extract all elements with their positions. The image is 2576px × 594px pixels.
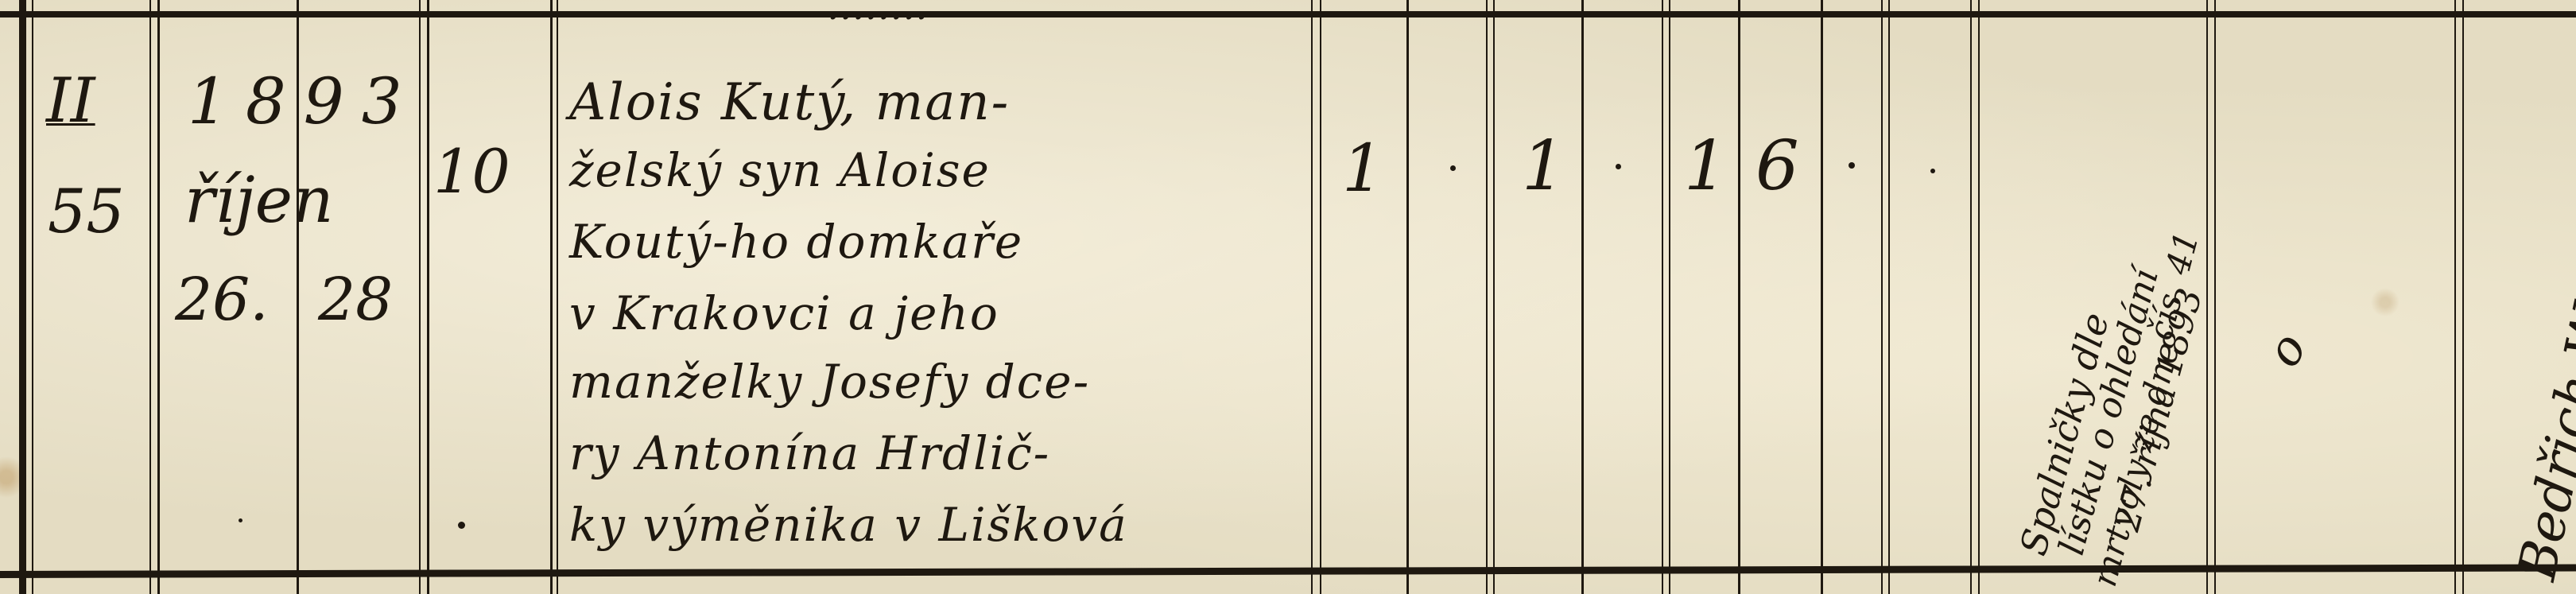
month: říjen: [184, 169, 334, 232]
grid-line: [1662, 0, 1663, 594]
grid-line: [1486, 0, 1488, 594]
grid-line: [1581, 0, 1584, 594]
grid-line: [149, 0, 151, 594]
officiant-name: Bedřich Weiner: [2506, 169, 2576, 585]
grid-line: [1320, 0, 1321, 594]
deceased-line-3: Koutý-ho domkaře: [569, 215, 1023, 269]
grid-line: [1406, 0, 1409, 594]
grid-line: [550, 0, 553, 594]
entry-number: 55: [48, 181, 125, 242]
sacraments-mark: o: [2259, 325, 2314, 374]
bottom-rule: [0, 565, 2576, 578]
age-days-dot: [1849, 162, 1855, 169]
grid-line: [2214, 0, 2216, 594]
grid-line: [1669, 0, 1670, 594]
grid-line: [1493, 0, 1495, 594]
religion-catholic-value: 1: [1342, 137, 1383, 202]
age-extra-dot: [1930, 169, 1935, 173]
grid-line: [557, 0, 558, 594]
deceased-line-2: želský syn Aloise: [569, 143, 991, 197]
deceased-line-6: ry Antonína Hrdlič-: [569, 426, 1050, 480]
day-of-burial: 28: [318, 270, 393, 329]
grid-line: [2462, 0, 2464, 594]
year: 1893: [188, 70, 420, 134]
house-dot-mark: [458, 522, 465, 529]
deceased-line-7: ky výměnika v Lišková: [569, 498, 1128, 552]
grid-line: [19, 0, 26, 594]
age-years-value: 1: [1684, 132, 1728, 200]
grid-line: [427, 0, 429, 594]
grid-line: [1978, 0, 1980, 594]
grid-line: [1821, 0, 1823, 594]
age-months-value: 6: [1755, 132, 1799, 200]
top-rule: [0, 11, 2576, 17]
register-page: ........ II 55 1893 říjen 26. 28 10 Aloi…: [0, 0, 2576, 594]
day-of-death: 26.: [175, 270, 269, 329]
grid-line: [2454, 0, 2456, 594]
deceased-line-4: v Krakovci a jeho: [569, 286, 999, 340]
grid-line: [1738, 0, 1740, 594]
grid-line: [157, 0, 160, 594]
dot-mark: [239, 518, 242, 522]
grid-line: [1881, 0, 1883, 594]
deceased-line-1: Alois Kutý, man-: [569, 73, 1010, 132]
religion-other-dot: [1450, 165, 1456, 171]
deceased-line-5: manželky Josefy dce-: [569, 355, 1090, 409]
volume-number: II: [46, 70, 95, 132]
sex-female-dot: [1616, 164, 1621, 169]
grid-line: [1311, 0, 1313, 594]
grid-line: [1970, 0, 1972, 594]
grid-line: [32, 0, 33, 594]
grid-line: [1888, 0, 1890, 594]
house-number: 10: [433, 142, 510, 202]
sex-male-value: 1: [1522, 132, 1565, 200]
